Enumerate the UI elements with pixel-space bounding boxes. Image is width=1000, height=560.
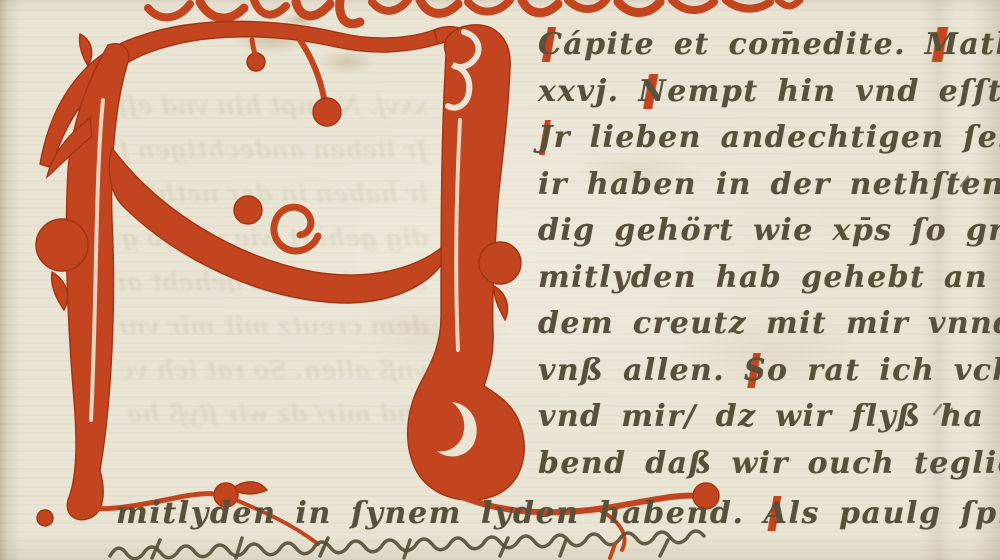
- text-segment: xxvj.: [538, 74, 638, 109]
- text-line: bend daß wir ouch teglich: [538, 441, 978, 488]
- showthrough-line: xxvj. Nempt hin vnd eſſt.: [118, 84, 428, 128]
- showthrough-line: Jr lieben andechtigen ſelen: [118, 128, 428, 172]
- text-segment: dem creutz mit mir vnnd: [538, 306, 1000, 341]
- text-line: dig gehört wie xp̄s ſo groß: [538, 208, 978, 255]
- text-segment: r lieben andechtigen ſelen: [554, 120, 1000, 155]
- verso-showthrough-texture: xxvj. Nempt hin vnd eſſt.Jr lieben andec…: [118, 84, 428, 504]
- text-segment: ath.: [959, 27, 1000, 62]
- text-segment: o rat ich vch: [767, 353, 1000, 388]
- text-segment: ir haben in der nethſten p̄: [538, 167, 1000, 202]
- showthrough-line: dem creutz mit mir vnnd: [118, 304, 428, 348]
- rubric-heading-cropped: [148, 0, 800, 24]
- text-line: dem creutz mit mir vnnd: [538, 301, 978, 348]
- showthrough-line: vnß allen. So rat ich vch: [118, 348, 428, 392]
- rubricated-initial: C: [538, 27, 563, 62]
- sermon-text-column: Cápite et com̄edite. Math.xxvj. Nempt hi…: [538, 22, 978, 487]
- text-line: ir haben in der nethſten p̄: [538, 162, 978, 209]
- text-line: Jr lieben andechtigen ſelen: [538, 115, 978, 162]
- text-segment: mitlyden hab gehebt an: [538, 260, 988, 295]
- showthrough-line: dig gehört wie xp̄s ſo groß: [118, 216, 428, 260]
- text-line: vnd mir/ dz wir flyß ha: [538, 394, 978, 441]
- rubricated-initial: S: [744, 353, 767, 388]
- text-segment: mitlyden in ſynem lyden habend.: [116, 496, 764, 531]
- bottom-line-cropped: [110, 531, 704, 559]
- rubricated-initial: N: [638, 74, 667, 109]
- text-segment: ls paulg ſpricht.: [788, 496, 1000, 531]
- showthrough-line: mitlyden hab gehebt an: [118, 260, 428, 304]
- text-segment: vnd mir/ dz wir flyß ha: [538, 399, 984, 434]
- text-segment: vnß allen.: [538, 353, 744, 388]
- text-line: mitlyden hab gehebt an: [538, 255, 978, 302]
- text-line: mitlyden in ſynem lyden habend. Als paul…: [116, 494, 1000, 534]
- showthrough-line: vnd mir/ dz wir flyß ha: [118, 392, 428, 436]
- rubricated-initial: M: [925, 27, 960, 62]
- text-segment: dig gehört wie xp̄s ſo groß: [538, 213, 1000, 248]
- manuscript-page: xxvj. Nempt hin vnd eſſt.Jr lieben andec…: [0, 0, 1000, 560]
- sermon-text-bottom-line: mitlyden in ſynem lyden habend. Als paul…: [116, 494, 1000, 534]
- text-line: Cápite et com̄edite. Math.: [538, 22, 978, 69]
- showthrough-line: ir haben in der nethſten p̄: [118, 172, 428, 216]
- text-line: vnß allen. So rat ich vch: [538, 348, 978, 395]
- rubricated-initial: J: [538, 120, 554, 155]
- text-segment: ápite et com̄edite.: [563, 27, 925, 62]
- text-line: xxvj. Nempt hin vnd eſſt.: [538, 69, 978, 116]
- text-segment: empt hin vnd eſſt.: [667, 74, 1000, 109]
- text-segment: bend daß wir ouch teglich: [538, 446, 1000, 481]
- rubricated-initial: A: [764, 496, 789, 531]
